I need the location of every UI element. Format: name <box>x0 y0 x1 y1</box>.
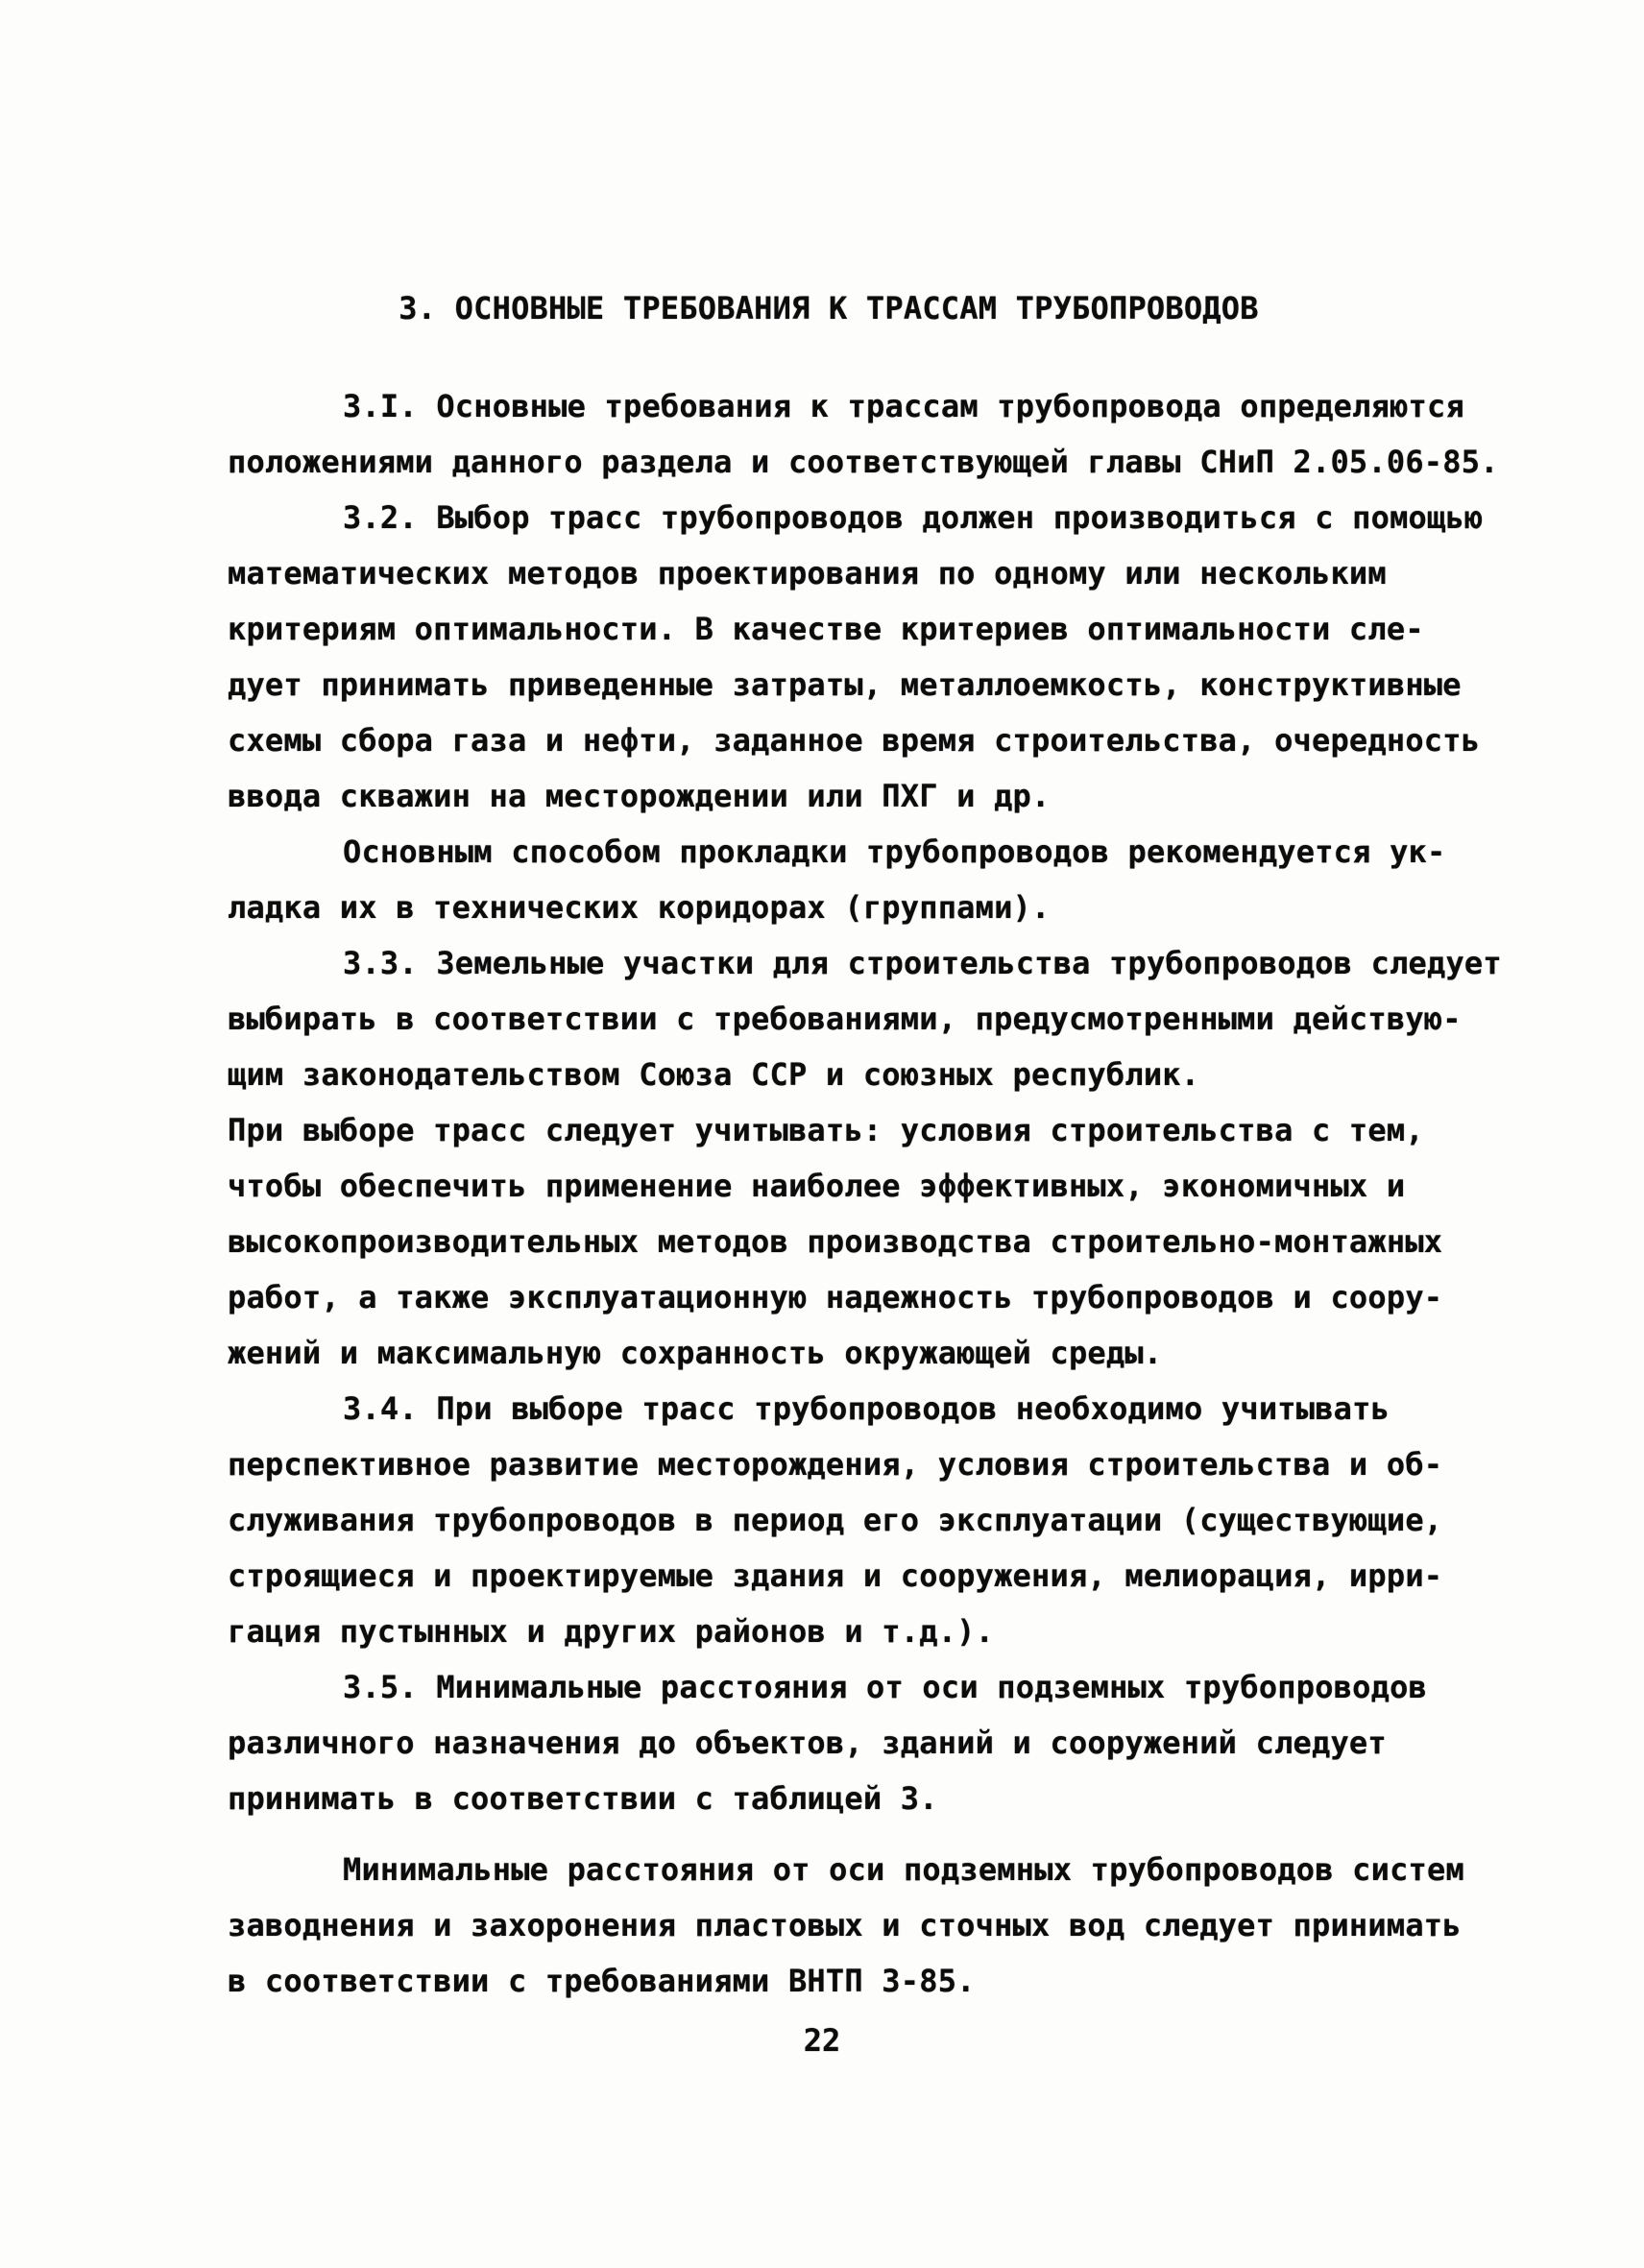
document-page: 3. ОСНОВНЫЕ ТРЕБОВАНИЯ К ТРАССАМ ТРУБОПР… <box>0 0 1644 2268</box>
text-line: 3.3. Земельные участки для строительства… <box>228 935 1430 991</box>
text-line: ладка их в технических коридорах (группа… <box>228 880 1430 935</box>
text-line: чтобы обеспечить применение наиболее эфф… <box>228 1158 1430 1214</box>
paragraph: 3.2. Выбор трасс трубопроводов должен пр… <box>228 490 1430 824</box>
paragraph: 3.3. Земельные участки для строительства… <box>228 935 1430 1102</box>
paragraph: При выборе трасс следует учитывать: усло… <box>228 1102 1430 1381</box>
paragraph: 3.5. Минимальные расстояния от оси подзе… <box>228 1659 1430 1826</box>
text-line: математических методов проектирования по… <box>228 545 1430 601</box>
text-line: строящиеся и проектируемые здания и соор… <box>228 1548 1430 1604</box>
text-line: высокопроизводительных методов производс… <box>228 1214 1430 1269</box>
text-line: Минимальные расстояния от оси подземных … <box>228 1842 1430 1897</box>
text-line: Основным способом прокладки трубопроводо… <box>228 824 1430 880</box>
text-line: ввода скважин на месторождении или ПХГ и… <box>228 768 1430 824</box>
text-line: схемы сбора газа и нефти, заданное время… <box>228 712 1430 768</box>
paragraph: Основным способом прокладки трубопроводо… <box>228 824 1430 935</box>
paragraph: Минимальные расстояния от оси подземных … <box>228 1842 1430 2009</box>
text-line: перспективное развитие месторождения, ус… <box>228 1436 1430 1492</box>
text-line: служивания трубопроводов в период его эк… <box>228 1492 1430 1548</box>
paragraph: 3.4. При выборе трасс трубопроводов необ… <box>228 1381 1430 1659</box>
text-line: 3.5. Минимальные расстояния от оси подзе… <box>228 1659 1430 1715</box>
text-line: заводнения и захоронения пластовых и сто… <box>228 1897 1430 1953</box>
text-line: 3.2. Выбор трасс трубопроводов должен пр… <box>228 490 1430 545</box>
text-line: гация пустынных и других районов и т.д.)… <box>228 1604 1430 1659</box>
text-line: выбирать в соответствии с требованиями, … <box>228 991 1430 1047</box>
text-line: положениями данного раздела и соответств… <box>228 434 1430 490</box>
text-line: При выборе трасс следует учитывать: усло… <box>228 1102 1430 1158</box>
text-line: 3.I. Основные требования к трассам трубо… <box>228 378 1430 434</box>
text-block: 3. ОСНОВНЫЕ ТРЕБОВАНИЯ К ТРАССАМ ТРУБОПР… <box>228 280 1430 2009</box>
text-line: жений и максимальную сохранность окружаю… <box>228 1325 1430 1381</box>
section-heading: 3. ОСНОВНЫЕ ТРЕБОВАНИЯ К ТРАССАМ ТРУБОПР… <box>228 280 1430 336</box>
document-body: 3.I. Основные требования к трассам трубо… <box>228 378 1430 2009</box>
text-line: в соответствии с требованиями ВНТП 3-85. <box>228 1953 1430 2009</box>
text-line: работ, а также эксплуатационную надежнос… <box>228 1269 1430 1325</box>
text-line: 3.4. При выборе трасс трубопроводов необ… <box>228 1381 1430 1436</box>
text-line: принимать в соответствии с таблицей 3. <box>228 1771 1430 1826</box>
text-line: критериям оптимальности. В качестве крит… <box>228 601 1430 657</box>
text-line: различного назначения до объектов, здани… <box>228 1715 1430 1771</box>
paragraph: 3.I. Основные требования к трассам трубо… <box>228 378 1430 490</box>
text-line: дует принимать приведенные затраты, мета… <box>228 657 1430 712</box>
text-line: щим законодательством Союза ССР и союзны… <box>228 1047 1430 1102</box>
page-number: 22 <box>0 2013 1644 2068</box>
